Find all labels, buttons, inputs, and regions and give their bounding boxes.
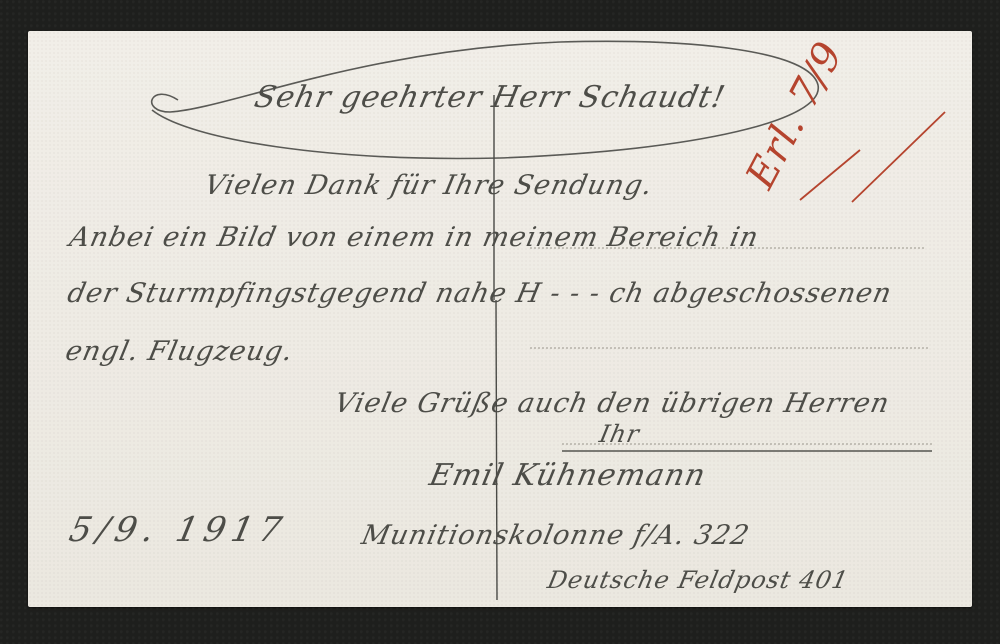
unit-line-2: Deutsche Feldpost 401	[545, 566, 851, 594]
closing-line-1: Viele Grüße auch den übrigen Herren	[332, 388, 893, 419]
body-line-2: Anbei ein Bild von einem in meinem Berei…	[67, 222, 762, 253]
salutation: Sehr geehrter Herr Schaudt!	[251, 80, 728, 115]
date: 5/9. 1917	[66, 510, 291, 550]
body-line-1: Vielen Dank für Ihre Sendung.	[202, 170, 656, 201]
closing-line-2: Ihr	[597, 420, 642, 448]
body-line-3: der Sturmpfingstgegend nahe H - - - ch a…	[65, 278, 895, 309]
body-line-4: engl. Flugzeug.	[63, 336, 297, 367]
signature: Emil Kühnemann	[426, 458, 709, 493]
unit-line-1: Munitionskolonne f/A. 322	[359, 520, 753, 551]
